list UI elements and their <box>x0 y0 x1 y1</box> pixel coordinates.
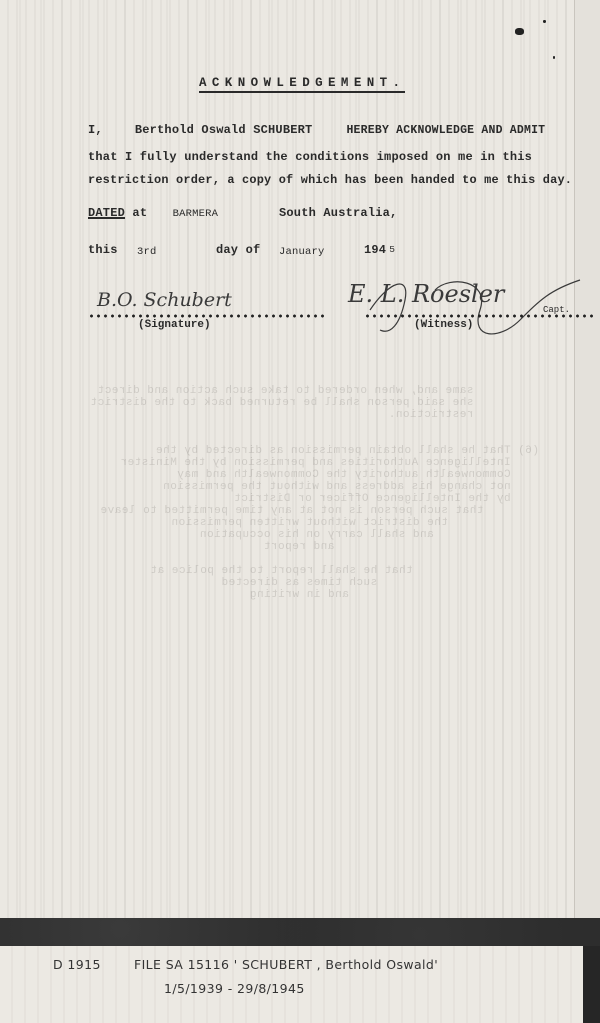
year-typed: 1945 <box>364 243 395 257</box>
bleed-through-text: that such person is not at any time perm… <box>100 505 512 553</box>
state-label: South Australia, <box>279 206 397 220</box>
at-label: at <box>132 206 147 220</box>
month-value: January <box>279 245 325 259</box>
day-value: 3rd <box>137 245 157 259</box>
this-label: this <box>88 243 118 257</box>
witness-dotted-line <box>364 314 596 318</box>
dated-label: DATED <box>88 206 125 220</box>
signature-dotted-line <box>88 314 328 318</box>
bleed-through-text: that he shall report to the police at su… <box>150 565 441 601</box>
signature-handwritten: B.O. Schubert <box>97 289 232 311</box>
signature-caption: (Signature) <box>138 319 211 331</box>
acknowledgement-line-2: that I fully understand the conditions i… <box>88 150 532 164</box>
file-label-card: D 1915 FILE SA 15116 ' SCHUBERT , Bertho… <box>0 946 583 1023</box>
bleed-through-text: same and, when ordered to take such acti… <box>90 385 473 421</box>
ink-blot <box>515 28 524 35</box>
document-page: same and, when ordered to take such acti… <box>0 0 600 918</box>
file-date-range: 1/5/1939 - 29/8/1945 <box>164 981 305 996</box>
file-title: FILE SA 15116 ' SCHUBERT , Berthold Oswa… <box>134 957 438 972</box>
acknowledgement-line-3: restriction order, a copy of which has b… <box>88 173 572 187</box>
acknowledge-statement: HEREBY ACKNOWLEDGE AND ADMIT <box>346 124 545 137</box>
pronoun: I, <box>88 123 103 137</box>
backing-board <box>0 918 600 946</box>
day-of-label: day of <box>216 243 260 257</box>
ink-speck <box>543 20 546 23</box>
page-edge <box>574 0 600 918</box>
ink-speck <box>553 56 555 59</box>
bleed-through-text: (6) That he shall obtain permission as d… <box>120 445 539 505</box>
dated-line: DATED at BARMERA <box>88 206 218 221</box>
date-line: this <box>88 243 118 257</box>
witness-caption: (Witness) <box>414 319 473 331</box>
file-reference: D 1915 <box>53 957 101 972</box>
year-added-digit: 5 <box>389 244 395 255</box>
acknowledgement-line-1: I,Berthold Oswald SCHUBERTHEREBY ACKNOWL… <box>88 123 545 138</box>
place-value: BARMERA <box>173 208 219 220</box>
page-title: ACKNOWLEDGEMENT. <box>199 76 405 93</box>
person-name: Berthold Oswald SCHUBERT <box>135 123 313 137</box>
